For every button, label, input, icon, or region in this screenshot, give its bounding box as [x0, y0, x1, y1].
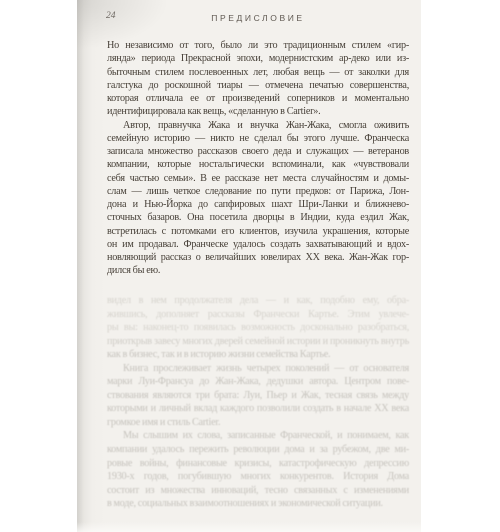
text-line: Автор, правнучка Жака и внучка Жан-Жака,… [107, 119, 409, 132]
text-line: семейную историю — никто не сделал бы эт… [107, 132, 409, 145]
text-line: новляющий рассказ о величайших ювелирах … [107, 251, 409, 264]
book-page: 24 ПРЕДИСЛОВИЕ Но независимо от того, бы… [77, 0, 421, 532]
bleed-text-line: в моде, социальных взаимоотношениях и эк… [107, 497, 409, 511]
bleed-text-line: ры вы: наконец-то появилась возможность … [107, 321, 409, 335]
bleed-text-line: Книга прослеживает жизнь четырех поколен… [107, 362, 409, 376]
bleed-text-line: марки Луи-Франсуа до Жан-Жака, дедушки а… [107, 375, 409, 389]
bleed-text-line: жившись, дополняет рассказы Франчески Ка… [107, 308, 409, 322]
text-line: встретилась с потомками его клиентов, из… [107, 225, 409, 238]
bleed-text-line: как в бизнес, так и в историю жизни семе… [107, 348, 409, 362]
text-line: записала множество рассказов своего деда… [107, 145, 409, 158]
bleed-through-text: видел в нем продолжателя дела — и как, п… [107, 294, 409, 511]
bleed-text-line: ровые войны, финансовые кризисы, катастр… [107, 457, 409, 471]
text-line: быточным стилем послевоенных лет, любая … [107, 66, 409, 79]
bleed-text-line: 1930-х годов, погубившую многих конкурен… [107, 470, 409, 484]
bleed-text-line: компании удалось пережить революции дома… [107, 443, 409, 457]
bleed-text-line: состоит из множества инноваций, тесно св… [107, 484, 409, 498]
text-line: он им продавал. Франческе удалось создат… [107, 238, 409, 251]
running-head: ПРЕДИСЛОВИЕ [107, 13, 409, 23]
text-line: дона и Нью-Йорка до сапфировых шахт Шри-… [107, 198, 409, 211]
text-line: компании, которые ностальгически вспомин… [107, 158, 409, 171]
text-line: слам — лишь четкое следование по пути пр… [107, 185, 409, 198]
bleed-text-line: приоткрыв завесу многих дверей семейной … [107, 335, 409, 349]
text-line: идентифицировала как вещь, «сделанную в … [107, 105, 409, 118]
text-line: которая отличала ее от произведений сопе… [107, 92, 409, 105]
text-line: себя частью семьи». В ее рассказе нет ме… [107, 172, 409, 185]
text-line: лянда» периода Прекрасной эпохи, модерни… [107, 52, 409, 65]
text-line: Но независимо от того, было ли это тради… [107, 39, 409, 52]
text-line: дился бы ею. [107, 264, 409, 277]
bleed-text-line: ствования являются три брата: Луи, Пьер … [107, 389, 409, 403]
bleed-text-line: которыми и личный вклад каждого позволил… [107, 402, 409, 416]
body-text: Но независимо от того, было ли это тради… [107, 39, 409, 278]
text-line: сточных базаров. Она посетила дворцы в И… [107, 211, 409, 224]
bleed-text-line: видел в нем продолжателя дела — и как, п… [107, 294, 409, 308]
bleed-text-line: громкое имя и стиль Cartier. [107, 416, 409, 430]
text-line: галстука до роскошной тиары — отмечена п… [107, 79, 409, 92]
bleed-text-line: Мы слышим их слова, записанные Франческо… [107, 429, 409, 443]
